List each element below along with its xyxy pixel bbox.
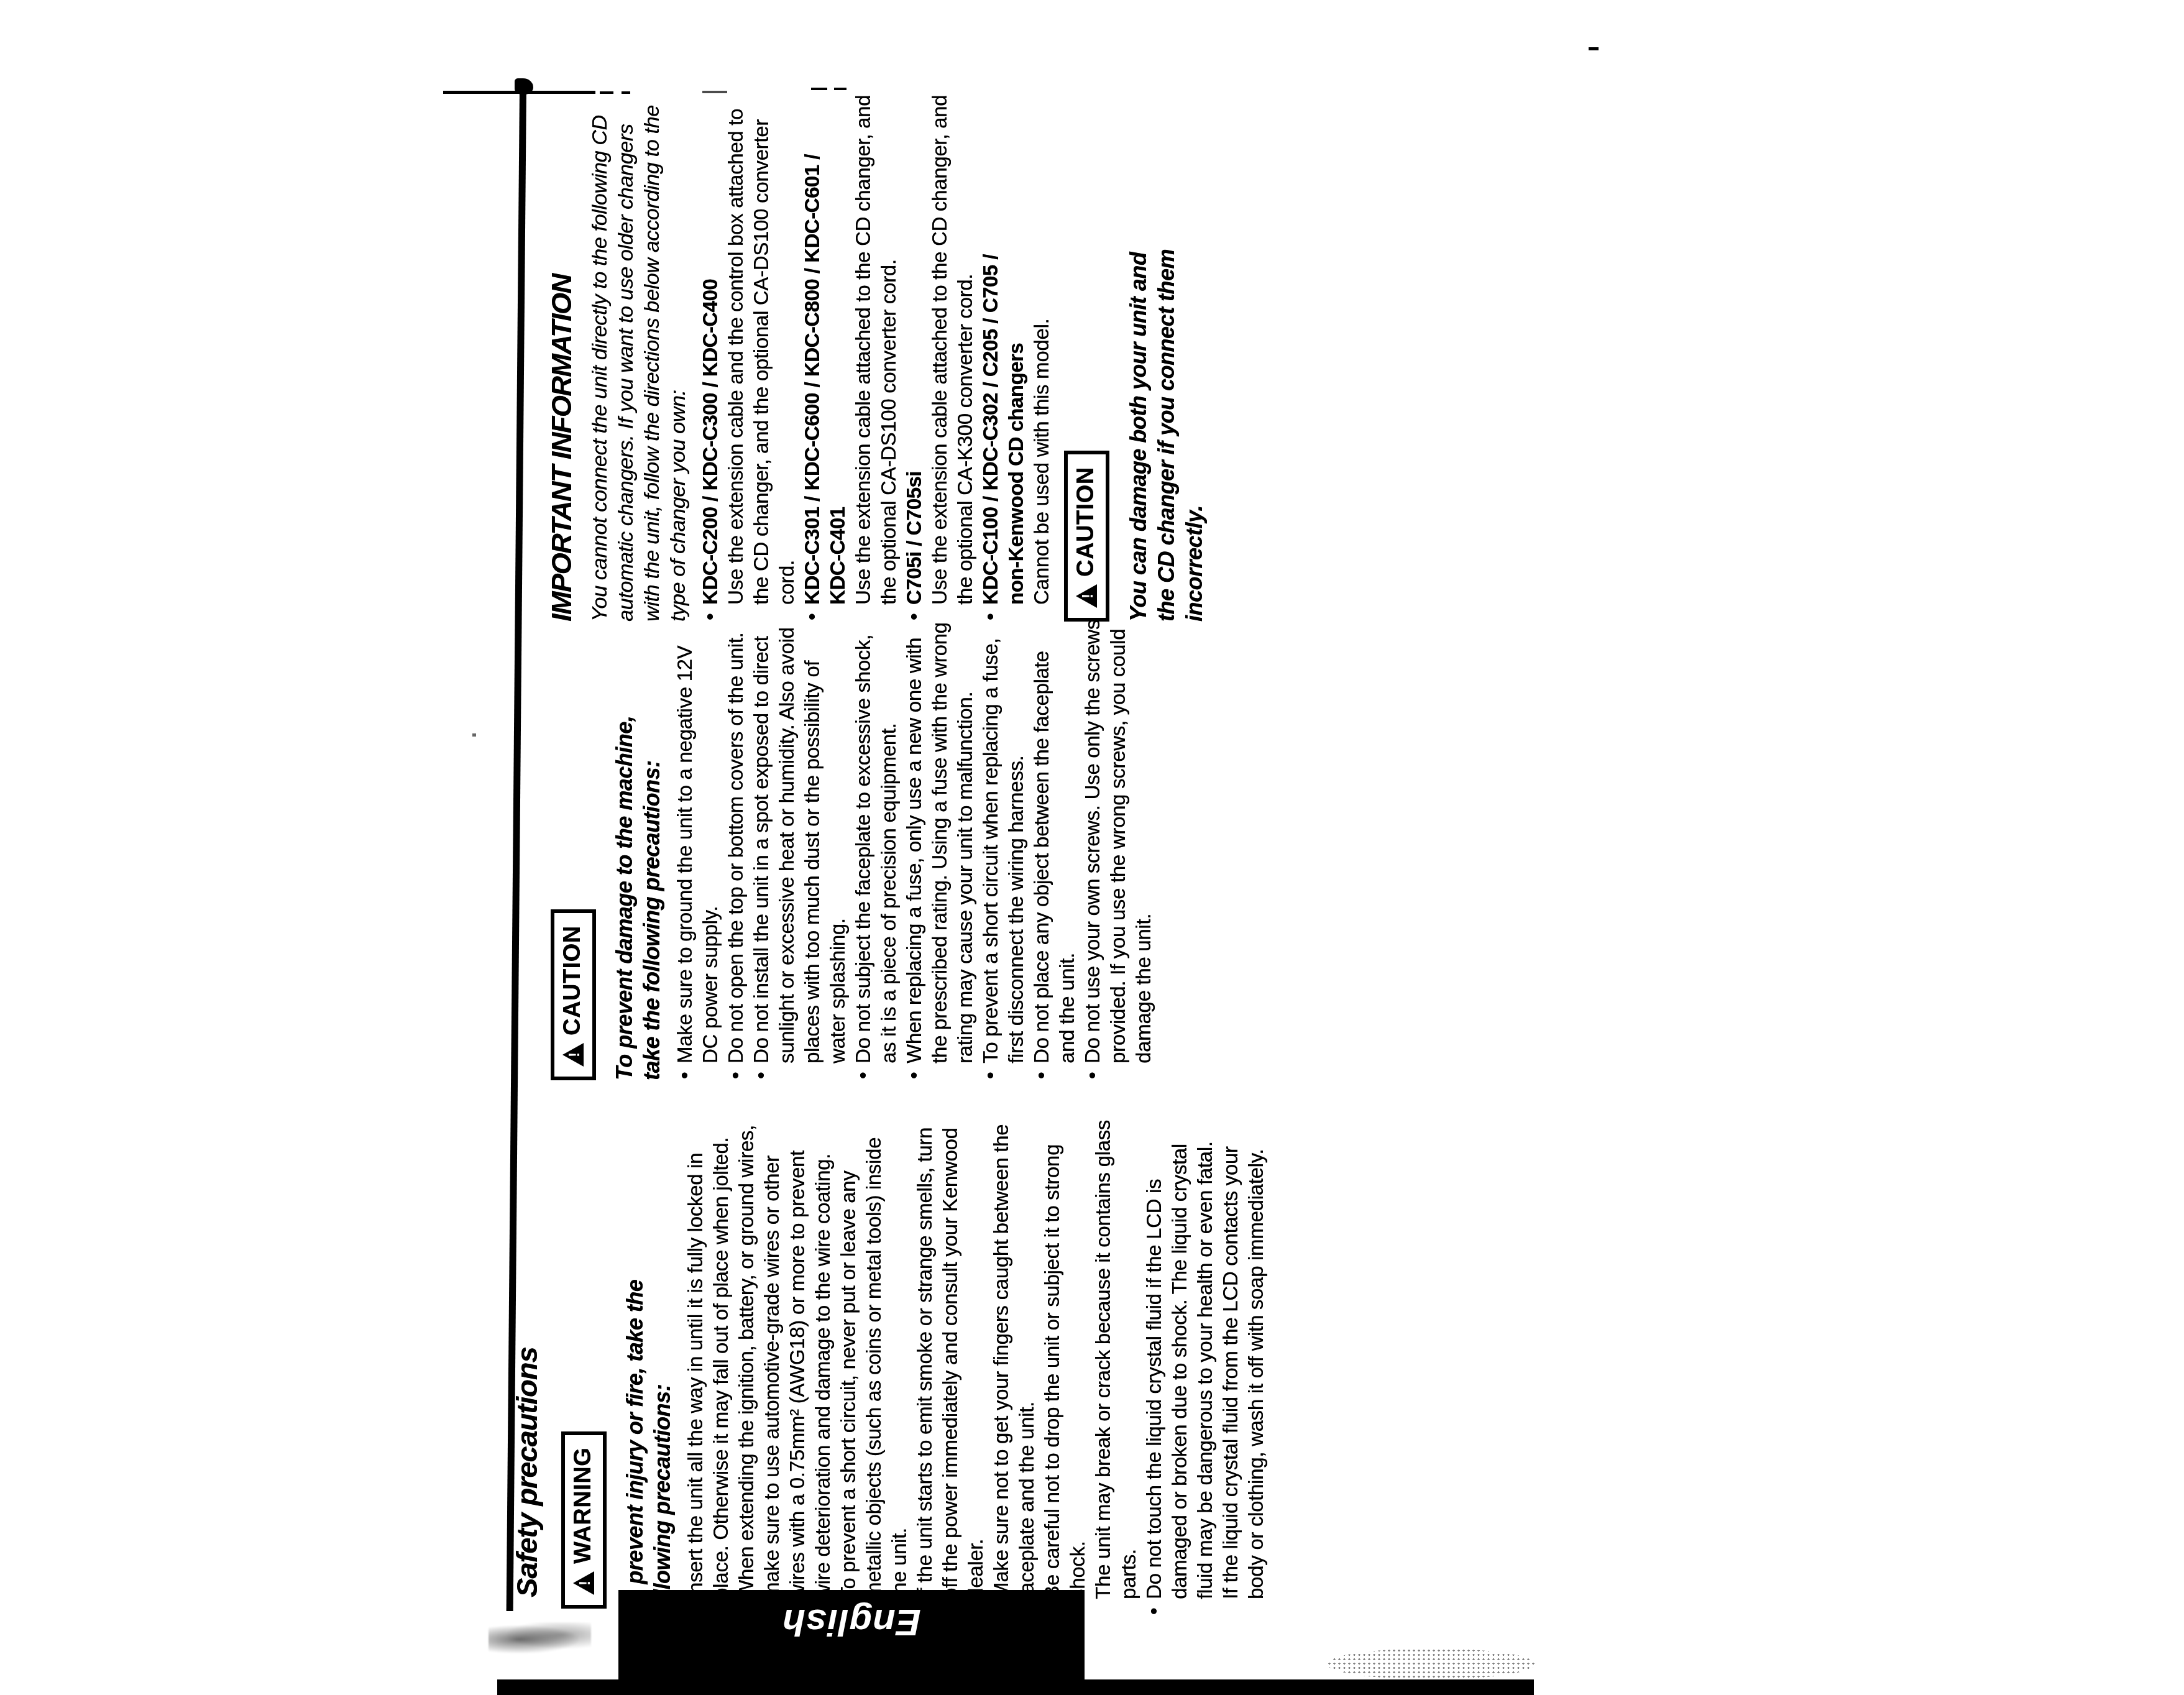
changer-text-4: Cannot be used with this model. bbox=[1029, 94, 1054, 605]
caution-box-label: CAUTION bbox=[559, 926, 586, 1036]
warning-bullet-5: Make sure not to get your fingers caught… bbox=[988, 1119, 1039, 1616]
scan-artifact-speck bbox=[472, 733, 476, 737]
scan-artifact-dash bbox=[702, 91, 727, 93]
changer-models-3: C705i / C705si bbox=[901, 94, 927, 605]
changer-text-3: Use the extension cable attached to the … bbox=[927, 94, 978, 605]
caution-bullet-list: Make sure to ground the unit to a negati… bbox=[672, 615, 1156, 1080]
important-caution-box: CAUTION bbox=[1064, 451, 1109, 622]
changer-entry-1: KDC-C200 / KDC-C300 / KDC-C400 Use the e… bbox=[697, 94, 799, 622]
changer-models-2: KDC-C301 / KDC-C600 / KDC-C800 / KDC-C60… bbox=[799, 94, 850, 605]
warning-bullet-2: When extending the ignition, battery, or… bbox=[733, 1119, 835, 1616]
warning-bullet-1: Insert the unit all the way in until it … bbox=[682, 1119, 733, 1616]
warning-bullet-list: Insert the unit all the way in until it … bbox=[682, 1119, 1269, 1616]
warning-box: WARNING bbox=[561, 1431, 607, 1609]
caution-bullet-4: Do not subject the faceplate to excessiv… bbox=[850, 615, 901, 1080]
scan-artifact-smudge bbox=[489, 1622, 591, 1653]
caution-triangle-icon bbox=[562, 1043, 584, 1067]
changer-text-1: Use the extension cable and the control … bbox=[723, 94, 799, 605]
scan-artifact-dash bbox=[600, 91, 613, 94]
warning-bullet-6: Be careful not to drop the unit or subje… bbox=[1039, 1119, 1141, 1616]
language-tab-label: English bbox=[782, 1601, 921, 1644]
caution-bullet-7: Do not place any object between the face… bbox=[1029, 615, 1080, 1080]
page-content-rotated: Safety precautions WARNING To prevent in… bbox=[510, 93, 1361, 1616]
scan-artifact-dash bbox=[811, 88, 827, 90]
scan-artifact-smudge bbox=[1327, 1648, 1535, 1679]
caution-bullet-3: Do not install the unit in a spot expose… bbox=[748, 615, 850, 1080]
warning-heading: To prevent injury or fire, take the foll… bbox=[622, 1119, 676, 1616]
changer-models-4: KDC-C100 / KDC-C302 / C205 / C705 / non-… bbox=[978, 94, 1029, 605]
language-tab: English bbox=[618, 1590, 1085, 1682]
warning-box-label: WARNING bbox=[570, 1448, 597, 1564]
changer-entry-2: KDC-C301 / KDC-C600 / KDC-C800 / KDC-C60… bbox=[799, 94, 901, 622]
important-caution-text: You can damage both your unit and the CD… bbox=[1124, 94, 1208, 622]
changer-entry-4: KDC-C100 / KDC-C302 / C205 / C705 / non-… bbox=[978, 94, 1054, 622]
caution-bullet-2: Do not open the top or bottom covers of … bbox=[723, 615, 748, 1080]
important-caution-box-label: CAUTION bbox=[1073, 467, 1099, 577]
caution-heading: To prevent damage to the machine, take t… bbox=[611, 615, 666, 1080]
important-caution-triangle-icon bbox=[1076, 584, 1097, 608]
warning-bullet-7: Do not touch the liquid crystal fluid if… bbox=[1141, 1119, 1269, 1616]
section-caution: CAUTION To prevent damage to the machine… bbox=[510, 615, 1361, 1080]
changer-entry-3: C705i / C705si Use the extension cable a… bbox=[901, 94, 978, 622]
section-warning: Safety precautions WARNING To prevent in… bbox=[510, 1119, 1361, 1616]
important-heading: IMPORTANT INFORMATION bbox=[546, 94, 578, 622]
scanned-manual-page: Safety precautions WARNING To prevent in… bbox=[0, 0, 2184, 1695]
caution-bullet-8: Do not use your own screws. Use only the… bbox=[1080, 615, 1156, 1080]
important-intro: You cannot connect the unit directly to … bbox=[587, 94, 691, 622]
changer-text-2: Use the extension cable attached to the … bbox=[850, 94, 901, 605]
scan-artifact-dash bbox=[622, 91, 630, 94]
warning-bullet-3: To prevent a short circuit, never put or… bbox=[835, 1119, 912, 1616]
warning-bullet-4: If the unit starts to emit smoke or stra… bbox=[912, 1119, 988, 1616]
changer-models-1: KDC-C200 / KDC-C300 / KDC-C400 bbox=[697, 94, 723, 605]
caution-box: CAUTION bbox=[551, 909, 596, 1080]
warning-triangle-icon bbox=[573, 1571, 594, 1595]
scan-artifact-dash bbox=[834, 88, 847, 90]
section-important-information: IMPORTANT INFORMATION You cannot connect… bbox=[510, 94, 1361, 622]
caution-bullet-6: To prevent a short circuit when replacin… bbox=[978, 615, 1029, 1080]
caution-bullet-1: Make sure to ground the unit to a negati… bbox=[672, 615, 723, 1080]
caution-bullet-5: When replacing a fuse, only use a new on… bbox=[901, 615, 978, 1080]
scan-artifact-speck bbox=[1589, 47, 1599, 50]
scan-artifact-bottom-bar bbox=[497, 1679, 1534, 1695]
